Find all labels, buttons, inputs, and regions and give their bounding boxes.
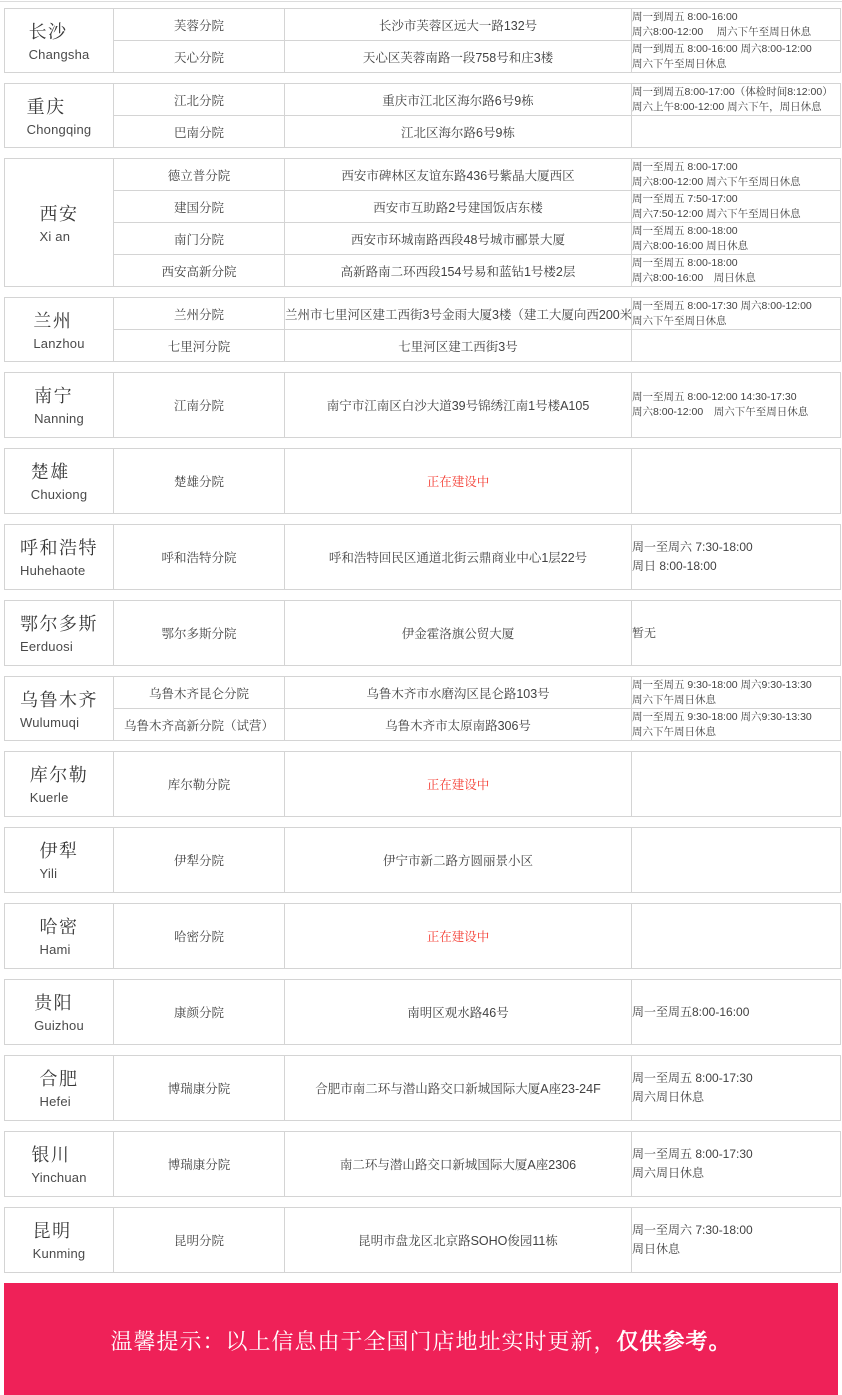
city-label-group: 合肥Hefei	[40, 1065, 79, 1109]
address-cell-under-construction: 正在建设中	[285, 752, 632, 817]
city-cell: 贵阳Guizhou	[5, 980, 114, 1045]
opening-hours-cell: 周一至周五 8:00-17:30 周六周日休息	[632, 1056, 841, 1121]
city-pinyin: Kunming	[33, 1246, 86, 1261]
city-pinyin: Chongqing	[27, 122, 92, 137]
branch-name-cell: 天心分院	[114, 41, 285, 73]
table-row: 乌鲁木齐Wulumuqi乌鲁木齐昆仑分院乌鲁木齐市水磨沟区昆仑路103号周一至周…	[5, 677, 841, 709]
table-row: 乌鲁木齐高新分院（试营）乌鲁木齐市太原南路306号周一至周五 9:30-18:0…	[5, 709, 841, 741]
branch-name-cell: 西安高新分院	[114, 255, 285, 287]
city-pinyin: Hami	[40, 942, 79, 957]
address-cell: 乌鲁木齐市水磨沟区昆仑路103号	[285, 677, 632, 709]
branch-table-kuerle: 库尔勒Kuerle库尔勒分院正在建设中	[4, 751, 841, 817]
opening-hours-cell	[632, 449, 841, 514]
opening-hours-cell	[632, 116, 841, 148]
address-cell: 兰州市七里河区建工西街3号金雨大厦3楼（建工大厦向西200米）	[285, 298, 632, 330]
opening-hours-cell	[632, 828, 841, 893]
city-name: 贵阳	[34, 989, 84, 1015]
city-name: 呼和浩特	[20, 534, 98, 560]
branch-table-eerduosi: 鄂尔多斯Eerduosi鄂尔多斯分院伊金霍洛旗公贸大厦暂无	[4, 600, 841, 666]
notice-text-bold: 仅供参考。	[617, 1329, 732, 1354]
opening-hours-cell: 周一至周五 8:00-17:00 周六8:00-12:00 周六下午至周日休息	[632, 159, 841, 191]
opening-hours-cell: 周一至周六 7:30-18:00 周日休息	[632, 1208, 841, 1273]
address-cell-under-construction: 正在建设中	[285, 449, 632, 514]
branch-table-nanning: 南宁Nanning江南分院南宁市江南区白沙大道39号锦绣江南1号楼A105周一至…	[4, 372, 841, 438]
branch-name-cell: 伊犁分院	[114, 828, 285, 893]
table-row: 重庆Chongqing江北分院重庆市江北区海尔路6号9栋周一到周五8:00-17…	[5, 84, 841, 116]
city-cell: 长沙Changsha	[5, 9, 114, 73]
city-label-group: 呼和浩特Huhehaote	[20, 534, 98, 578]
table-row: 哈密Hami哈密分院正在建设中	[5, 904, 841, 969]
city-pinyin: Kuerle	[30, 790, 89, 805]
address-cell: 乌鲁木齐市太原南路306号	[285, 709, 632, 741]
address-cell: 天心区芙蓉南路一段758号和庄3楼	[285, 41, 632, 73]
city-name: 合肥	[40, 1065, 79, 1091]
table-row: 七里河分院七里河区建工西街3号	[5, 330, 841, 362]
branch-name-cell: 鄂尔多斯分院	[114, 601, 285, 666]
city-label-group: 库尔勒Kuerle	[30, 761, 89, 805]
address-cell: 呼和浩特回民区通道北街云鼎商业中心1层22号	[285, 525, 632, 590]
branch-name-cell: 兰州分院	[114, 298, 285, 330]
table-row: 兰州Lanzhou兰州分院兰州市七里河区建工西街3号金雨大厦3楼（建工大厦向西2…	[5, 298, 841, 330]
table-row: 西安高新分院高新路南二环西段154号易和蓝钻1号楼2层周一至周五 8:00-18…	[5, 255, 841, 287]
table-row: 南宁Nanning江南分院南宁市江南区白沙大道39号锦绣江南1号楼A105周一至…	[5, 373, 841, 438]
branch-table-kunming: 昆明Kunming昆明分院昆明市盘龙区北京路SOHO俊园11栋周一至周六 7:3…	[4, 1207, 841, 1273]
city-name: 昆明	[33, 1217, 86, 1243]
city-cell: 鄂尔多斯Eerduosi	[5, 601, 114, 666]
opening-hours-cell	[632, 904, 841, 969]
city-label-group: 楚雄Chuxiong	[31, 458, 88, 502]
branch-name-cell: 南门分院	[114, 223, 285, 255]
city-name: 库尔勒	[30, 761, 89, 787]
city-cell: 伊犁Yili	[5, 828, 114, 893]
branch-table-xian: 西安Xi an德立普分院西安市碑林区友谊东路436号紫晶大厦西区周一至周五 8:…	[4, 158, 841, 287]
branch-name-cell: 楚雄分院	[114, 449, 285, 514]
opening-hours-cell: 周一至周五 8:00-12:00 14:30-17:30 周六8:00-12:0…	[632, 373, 841, 438]
city-label-group: 重庆Chongqing	[27, 93, 92, 137]
opening-hours-cell: 周一到周五 8:00-16:00 周六8:00-12:00 周六下午至周日休息	[632, 9, 841, 41]
city-name: 楚雄	[31, 458, 88, 484]
city-cell: 西安Xi an	[5, 159, 114, 287]
branch-name-cell: 江南分院	[114, 373, 285, 438]
city-pinyin: Nanning	[34, 411, 84, 426]
branch-table-lanzhou: 兰州Lanzhou兰州分院兰州市七里河区建工西街3号金雨大厦3楼（建工大厦向西2…	[4, 297, 841, 362]
table-row: 呼和浩特Huhehaote呼和浩特分院呼和浩特回民区通道北街云鼎商业中心1层22…	[5, 525, 841, 590]
table-row: 西安Xi an德立普分院西安市碑林区友谊东路436号紫晶大厦西区周一至周五 8:…	[5, 159, 841, 191]
city-pinyin: Guizhou	[34, 1018, 84, 1033]
branch-name-cell: 呼和浩特分院	[114, 525, 285, 590]
city-pinyin: Yinchuan	[31, 1170, 86, 1185]
opening-hours-cell: 周一到周五 8:00-16:00 周六8:00-12:00 周六下午至周日休息	[632, 41, 841, 73]
branch-name-cell: 建国分院	[114, 191, 285, 223]
notice-text: 温馨提示：以上信息由于全国门店地址实时更新，仅供参考。	[110, 1325, 731, 1356]
city-label-group: 南宁Nanning	[34, 382, 84, 426]
branch-name-cell: 库尔勒分院	[114, 752, 285, 817]
table-row: 贵阳Guizhou康颜分院南明区观水路46号周一至周五8:00-16:00	[5, 980, 841, 1045]
city-label-group: 哈密Hami	[40, 913, 79, 957]
store-list-page: { "page": { "background": "#ffffff", "di…	[0, 0, 842, 1395]
city-name: 西安	[40, 200, 79, 226]
branch-name-cell: 七里河分院	[114, 330, 285, 362]
address-cell: 南二环与潜山路交口新城国际大厦A座2306	[285, 1132, 632, 1197]
city-cell: 合肥Hefei	[5, 1056, 114, 1121]
branch-table-chuxiong: 楚雄Chuxiong楚雄分院正在建设中	[4, 448, 841, 514]
table-row: 建国分院西安市互助路2号建国饭店东楼周一至周五 7:50-17:00 周六7:5…	[5, 191, 841, 223]
address-cell: 昆明市盘龙区北京路SOHO俊园11栋	[285, 1208, 632, 1273]
city-cell: 呼和浩特Huhehaote	[5, 525, 114, 590]
branch-tables-container: 长沙Changsha芙蓉分院长沙市芙蓉区远大一路132号周一到周五 8:00-1…	[0, 2, 842, 1273]
city-label-group: 西安Xi an	[40, 200, 79, 244]
city-cell: 楚雄Chuxiong	[5, 449, 114, 514]
branch-name-cell: 康颜分院	[114, 980, 285, 1045]
branch-table-hami: 哈密Hami哈密分院正在建设中	[4, 903, 841, 969]
address-cell: 长沙市芙蓉区远大一路132号	[285, 9, 632, 41]
city-pinyin: Changsha	[29, 47, 90, 62]
address-cell: 高新路南二环西段154号易和蓝钻1号楼2层	[285, 255, 632, 287]
city-label-group: 贵阳Guizhou	[34, 989, 84, 1033]
table-row: 鄂尔多斯Eerduosi鄂尔多斯分院伊金霍洛旗公贸大厦暂无	[5, 601, 841, 666]
opening-hours-cell: 暂无	[632, 601, 841, 666]
branch-name-cell: 巴南分院	[114, 116, 285, 148]
city-name: 南宁	[34, 382, 84, 408]
address-cell: 重庆市江北区海尔路6号9栋	[285, 84, 632, 116]
city-pinyin: Eerduosi	[20, 639, 98, 654]
city-label-group: 伊犁Yili	[40, 837, 79, 881]
city-cell: 昆明Kunming	[5, 1208, 114, 1273]
address-cell: 合肥市南二环与潜山路交口新城国际大厦A座23-24F	[285, 1056, 632, 1121]
branch-name-cell: 哈密分院	[114, 904, 285, 969]
address-cell-under-construction: 正在建设中	[285, 904, 632, 969]
table-row: 楚雄Chuxiong楚雄分院正在建设中	[5, 449, 841, 514]
city-pinyin: Wulumuqi	[20, 715, 98, 730]
address-cell: 西安市环城南路西段48号城市郦景大厦	[285, 223, 632, 255]
branch-name-cell: 乌鲁木齐昆仑分院	[114, 677, 285, 709]
opening-hours-cell: 周一至周六 7:30-18:00 周日 8:00-18:00	[632, 525, 841, 590]
branch-table-huhehaote: 呼和浩特Huhehaote呼和浩特分院呼和浩特回民区通道北街云鼎商业中心1层22…	[4, 524, 841, 590]
city-pinyin: Lanzhou	[33, 336, 84, 351]
branch-table-yinchuan: 银川Yinchuan博瑞康分院南二环与潜山路交口新城国际大厦A座2306周一至周…	[4, 1131, 841, 1197]
opening-hours-cell: 周一至周五 9:30-18:00 周六9:30-13:30 周六下午周日休息	[632, 709, 841, 741]
city-label-group: 乌鲁木齐Wulumuqi	[20, 686, 98, 730]
notice-banner: 温馨提示：以上信息由于全国门店地址实时更新，仅供参考。	[4, 1283, 838, 1395]
city-label-group: 长沙Changsha	[29, 18, 90, 62]
city-name: 伊犁	[40, 837, 79, 863]
table-row: 库尔勒Kuerle库尔勒分院正在建设中	[5, 752, 841, 817]
table-row: 合肥Hefei博瑞康分院合肥市南二环与潜山路交口新城国际大厦A座23-24F周一…	[5, 1056, 841, 1121]
city-name: 兰州	[33, 307, 84, 333]
branch-table-guizhou: 贵阳Guizhou康颜分院南明区观水路46号周一至周五8:00-16:00	[4, 979, 841, 1045]
branch-name-cell: 德立普分院	[114, 159, 285, 191]
table-row: 长沙Changsha芙蓉分院长沙市芙蓉区远大一路132号周一到周五 8:00-1…	[5, 9, 841, 41]
address-cell: 南明区观水路46号	[285, 980, 632, 1045]
branch-name-cell: 乌鲁木齐高新分院（试营）	[114, 709, 285, 741]
address-cell: 西安市互助路2号建国饭店东楼	[285, 191, 632, 223]
opening-hours-cell: 周一至周五8:00-16:00	[632, 980, 841, 1045]
city-label-group: 昆明Kunming	[33, 1217, 86, 1261]
opening-hours-cell: 周一至周五 8:00-18:00 周六8:00-16:00 周日休息	[632, 223, 841, 255]
branch-table-wulumuqi: 乌鲁木齐Wulumuqi乌鲁木齐昆仑分院乌鲁木齐市水磨沟区昆仑路103号周一至周…	[4, 676, 841, 741]
table-row: 银川Yinchuan博瑞康分院南二环与潜山路交口新城国际大厦A座2306周一至周…	[5, 1132, 841, 1197]
branch-name-cell: 博瑞康分院	[114, 1056, 285, 1121]
city-cell: 库尔勒Kuerle	[5, 752, 114, 817]
table-row: 巴南分院江北区海尔路6号9栋	[5, 116, 841, 148]
opening-hours-cell: 周一至周五 9:30-18:00 周六9:30-13:30 周六下午周日休息	[632, 677, 841, 709]
city-name: 银川	[31, 1141, 86, 1167]
address-cell: 南宁市江南区白沙大道39号锦绣江南1号楼A105	[285, 373, 632, 438]
table-row: 伊犁Yili伊犁分院伊宁市新二路方圆丽景小区	[5, 828, 841, 893]
branch-name-cell: 昆明分院	[114, 1208, 285, 1273]
branch-table-changsha: 长沙Changsha芙蓉分院长沙市芙蓉区远大一路132号周一到周五 8:00-1…	[4, 8, 841, 73]
notice-text-normal: 温馨提示：以上信息由于全国门店地址实时更新，	[110, 1329, 616, 1354]
city-pinyin: Hefei	[40, 1094, 79, 1109]
city-cell: 乌鲁木齐Wulumuqi	[5, 677, 114, 741]
city-pinyin: Huhehaote	[20, 563, 98, 578]
branch-table-yili: 伊犁Yili伊犁分院伊宁市新二路方圆丽景小区	[4, 827, 841, 893]
city-name: 哈密	[40, 913, 79, 939]
city-name: 乌鲁木齐	[20, 686, 98, 712]
opening-hours-cell: 周一至周五 7:50-17:00 周六7:50-12:00 周六下午至周日休息	[632, 191, 841, 223]
branch-table-hefei: 合肥Hefei博瑞康分院合肥市南二环与潜山路交口新城国际大厦A座23-24F周一…	[4, 1055, 841, 1121]
city-cell: 银川Yinchuan	[5, 1132, 114, 1197]
branch-name-cell: 博瑞康分院	[114, 1132, 285, 1197]
branch-name-cell: 芙蓉分院	[114, 9, 285, 41]
city-pinyin: Xi an	[40, 229, 79, 244]
table-row: 天心分院天心区芙蓉南路一段758号和庄3楼周一到周五 8:00-16:00 周六…	[5, 41, 841, 73]
address-cell: 伊金霍洛旗公贸大厦	[285, 601, 632, 666]
city-label-group: 鄂尔多斯Eerduosi	[20, 610, 98, 654]
table-row: 昆明Kunming昆明分院昆明市盘龙区北京路SOHO俊园11栋周一至周六 7:3…	[5, 1208, 841, 1273]
city-label-group: 银川Yinchuan	[31, 1141, 86, 1185]
branch-name-cell: 江北分院	[114, 84, 285, 116]
opening-hours-cell: 周一至周五 8:00-17:30 周六周日休息	[632, 1132, 841, 1197]
opening-hours-cell: 周一至周五 8:00-18:00 周六8:00-16:00 周日休息	[632, 255, 841, 287]
address-cell: 西安市碑林区友谊东路436号紫晶大厦西区	[285, 159, 632, 191]
table-row: 南门分院西安市环城南路西段48号城市郦景大厦周一至周五 8:00-18:00 周…	[5, 223, 841, 255]
opening-hours-cell	[632, 752, 841, 817]
address-cell: 江北区海尔路6号9栋	[285, 116, 632, 148]
city-label-group: 兰州Lanzhou	[33, 307, 84, 351]
city-name: 鄂尔多斯	[20, 610, 98, 636]
opening-hours-cell: 周一到周五8:00-17:00（体检时间8:12:00） 周六上午8:00-12…	[632, 84, 841, 116]
city-cell: 重庆Chongqing	[5, 84, 114, 148]
branch-table-chongqing: 重庆Chongqing江北分院重庆市江北区海尔路6号9栋周一到周五8:00-17…	[4, 83, 841, 148]
city-cell: 南宁Nanning	[5, 373, 114, 438]
city-name: 重庆	[27, 93, 92, 119]
address-cell: 伊宁市新二路方圆丽景小区	[285, 828, 632, 893]
address-cell: 七里河区建工西街3号	[285, 330, 632, 362]
opening-hours-cell	[632, 330, 841, 362]
city-name: 长沙	[29, 18, 90, 44]
city-cell: 哈密Hami	[5, 904, 114, 969]
city-cell: 兰州Lanzhou	[5, 298, 114, 362]
opening-hours-cell: 周一至周五 8:00-17:30 周六8:00-12:00 周六下午至周日休息	[632, 298, 841, 330]
city-pinyin: Yili	[40, 866, 79, 881]
city-pinyin: Chuxiong	[31, 487, 88, 502]
